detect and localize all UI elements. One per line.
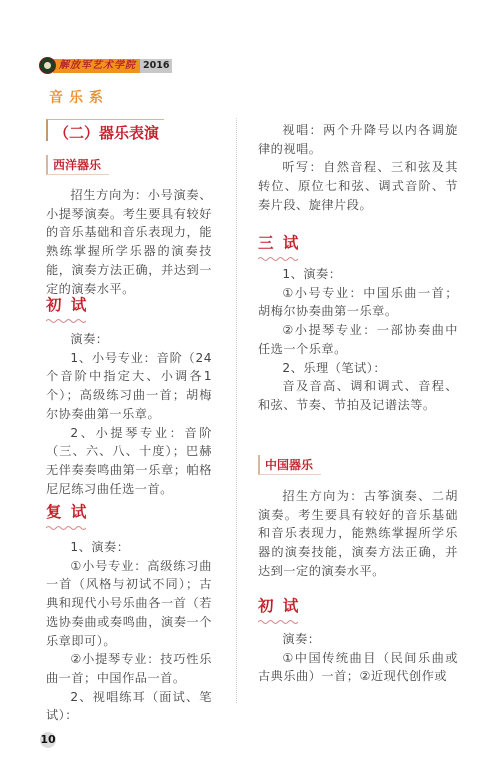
chinese-round1-content: 演奏： ①中国传统曲目（民间乐曲或古典乐曲）一首；②近现代创作或 [258, 630, 458, 686]
intro-chinese: 招生方向为：古筝演奏、二胡演奏。考生要具有较好的音乐基础和音乐表现力，能熟练掌握… [258, 487, 458, 581]
part-heading: （二）器乐表演 [46, 119, 164, 141]
intro-western: 招生方向为：小号演奏、小提琴演奏。考生要具有较好的音乐基础和音乐表现力，能熟练掌… [46, 186, 212, 298]
section-heading-round2: 复 试 [46, 500, 88, 522]
round3-content: 1、演奏： ①小号专业：中国乐曲一首；胡梅尔协奏曲第一乐章。 ②小提琴专业：一部… [258, 265, 458, 415]
round2-content: 1、演奏： ①小号专业：高级练习曲一首（风格与初试不同）；古典和现代小号乐曲各一… [46, 538, 212, 725]
year-label: 2016 [140, 59, 172, 73]
section-heading-round3: 三 试 [258, 231, 300, 253]
page-number: 10 [40, 732, 56, 748]
department-title: 音乐系 [49, 87, 109, 107]
column-divider [236, 118, 237, 703]
school-emblem-icon [39, 57, 56, 74]
sub-heading-chinese: 中国器乐 [258, 455, 321, 475]
header-banner: 解放军艺术学院 2016 [39, 57, 172, 74]
sub-heading-western: 西洋器乐 [46, 155, 109, 175]
section-heading-chinese-round1: 初 试 [258, 594, 300, 616]
solfege-continued: 视唱：两个升降号以内各调旋律的视唱。 听写：自然音程、三和弦及其转位、原位七和弦… [258, 121, 458, 215]
section-heading-round1: 初 试 [46, 293, 88, 315]
wave-underline-icon [46, 318, 86, 323]
institution-name: 解放军艺术学院 [53, 59, 140, 73]
wave-underline-icon [258, 256, 298, 261]
round1-content: 演奏： 1、小号专业：音阶（24个音阶中指定大、小调各1个）；高级练习曲一首；胡… [46, 330, 212, 498]
wave-underline-icon [46, 525, 86, 530]
wave-underline-icon [258, 619, 298, 624]
